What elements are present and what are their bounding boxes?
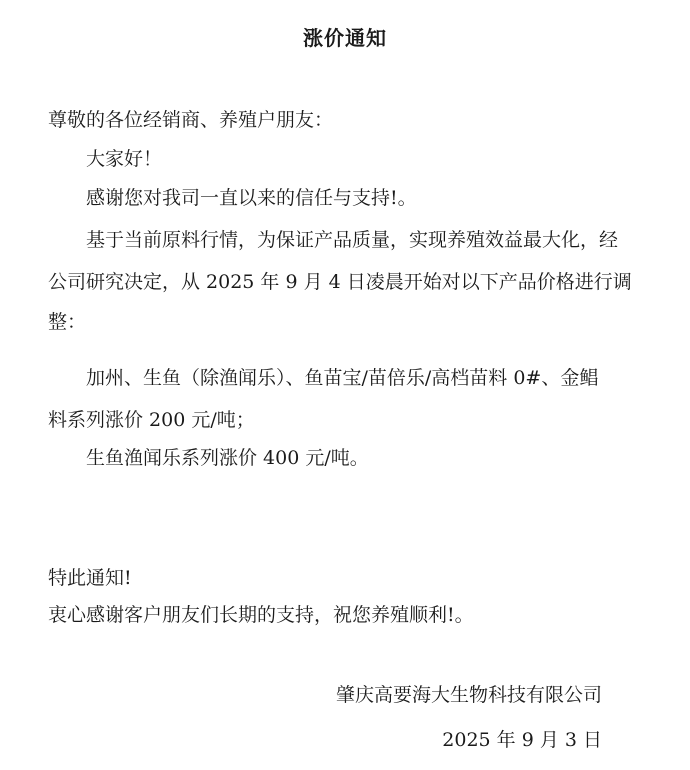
- price-item-line: 料系列涨价 200 元/吨；: [48, 408, 255, 432]
- signature-date: 2025 年 9 月 3 日: [442, 728, 602, 752]
- salutation: 尊敬的各位经销商、养殖户朋友：: [48, 108, 333, 132]
- closing-notice: 特此通知!: [48, 566, 132, 590]
- company-name: 肇庆高要海大生物科技有限公司: [336, 683, 602, 707]
- document-title: 涨价通知: [0, 22, 690, 51]
- greeting: 大家好！: [86, 147, 162, 171]
- thanks-text: 感谢您对我司一直以来的信任与支持!。: [86, 186, 417, 210]
- price-item-line: 生鱼渔闻乐系列涨价 400 元/吨。: [86, 446, 369, 470]
- announcement-line: 基于当前原料行情，为保证产品质量，实现养殖效益最大化，经: [86, 228, 618, 252]
- announcement-line: 公司研究决定，从 2025 年 9 月 4 日凌晨开始对以下产品价格进行调: [48, 270, 632, 294]
- announcement-line: 整：: [48, 310, 86, 334]
- closing-wishes: 衷心感谢客户朋友们长期的支持，祝您养殖顺利!。: [48, 603, 474, 627]
- price-item-line: 加州、生鱼（除渔闻乐）、鱼苗宝/苗倍乐/高档苗料 0#、金鲳: [86, 366, 598, 390]
